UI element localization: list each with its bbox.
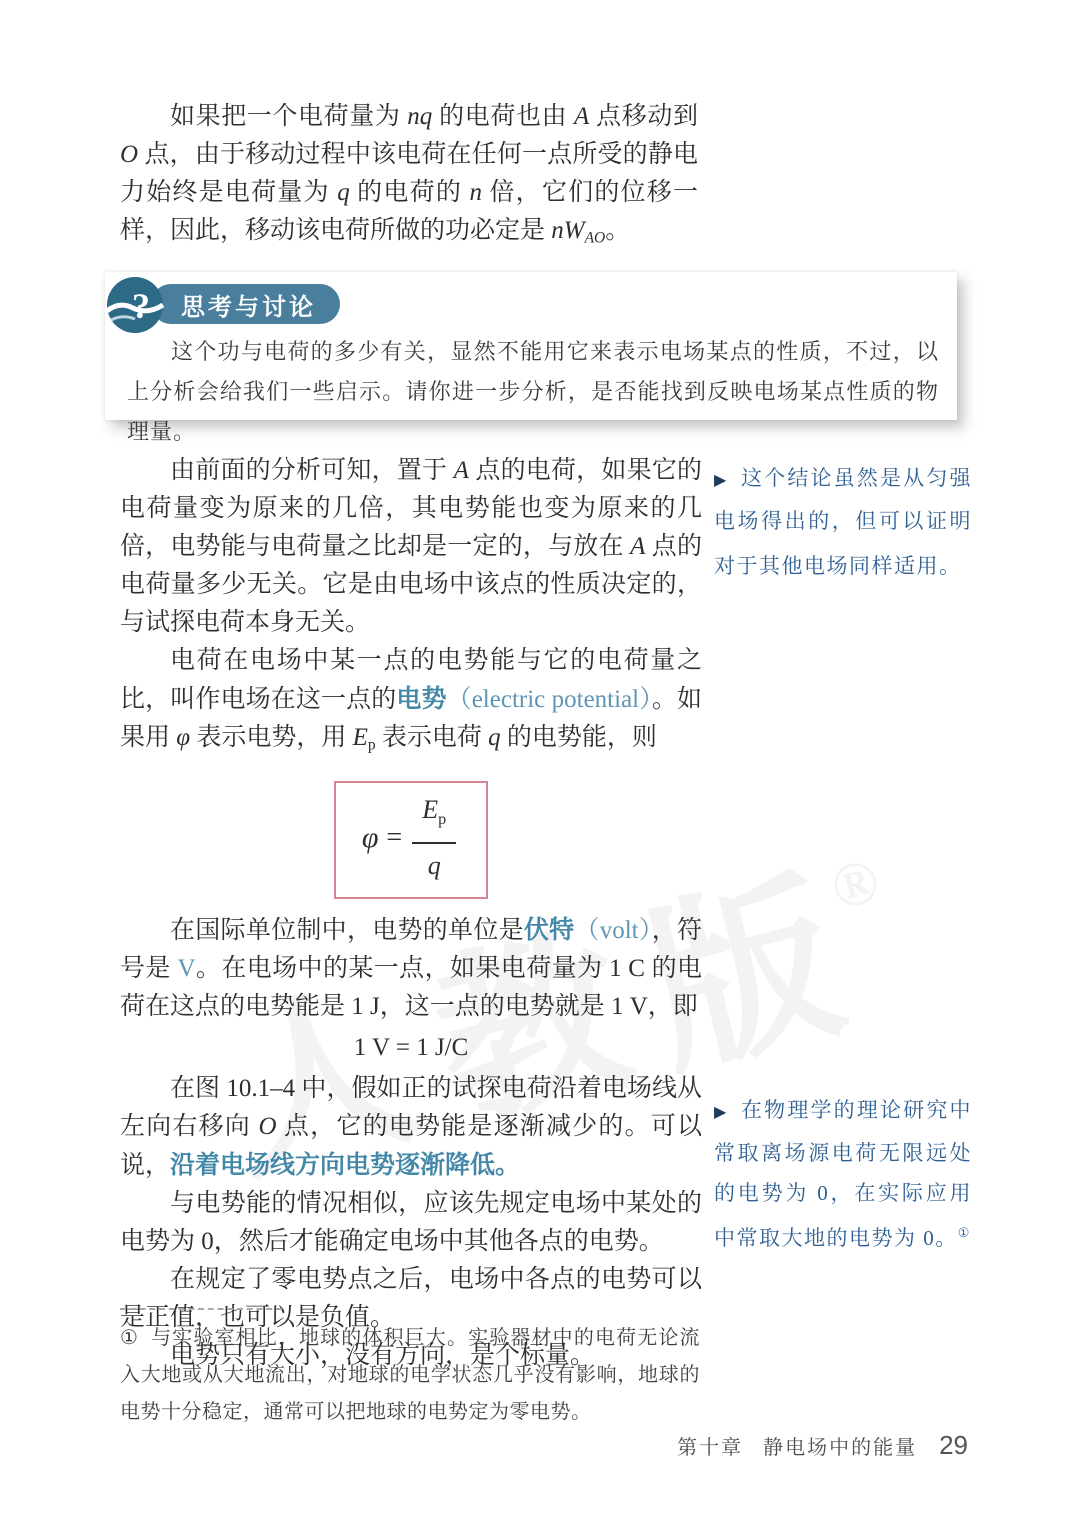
svg-text:?: ?: [132, 286, 150, 326]
footer-chapter: 第十章: [677, 1431, 743, 1460]
equation-volt-definition: 1 V = 1 J/C: [120, 1028, 702, 1068]
question-globe-icon: ?: [105, 275, 165, 335]
paragraph-potential-definition: 电荷在电场中某一点的电势能与它的电荷量之比，叫作电场在这一点的电势（electr…: [120, 642, 702, 765]
page-footer: 第十章 静电场中的能量 29: [677, 1430, 968, 1461]
discussion-box: 思考与讨论 ? 这个功与电荷的多少有关，显然不能用它来表示电场某点的性质，不过，…: [105, 272, 957, 420]
margin-note-text: 在物理学的理论研究中常取离场源电荷无限远处的电势为 0，在实际应用中常取大地的电…: [714, 1098, 972, 1250]
footnote: ①与实验室相比，地球的体积巨大。实验器材中的电荷无论流入大地或从大地流出，对地球…: [120, 1320, 700, 1431]
footnote-text: 与实验室相比，地球的体积巨大。实验器材中的电荷无论流入大地或从大地流出，对地球的…: [120, 1327, 700, 1423]
footnote-divider: [120, 1308, 282, 1310]
formula-denominator: q: [428, 844, 441, 885]
formula-numerator: Ep: [412, 791, 456, 844]
main-column: 由前面的分析可知，置于 A 点的电荷，如果它的电荷量变为原来的几倍，其电势能也变…: [120, 452, 702, 1375]
margin-note-uniform-field: ▶这个结论虽然是从匀强电场得出的，但可以证明对于其他电场同样适用。: [714, 458, 972, 586]
triangle-marker-icon: ▶: [714, 1104, 727, 1121]
paragraph-zero-potential: 与电势能的情况相似，应该先规定电场中某处的电势为 0，然后才能确定电场中其他各点…: [120, 1185, 702, 1261]
discussion-title: 思考与讨论: [151, 284, 340, 324]
formula-electric-potential: φ = Ep q: [334, 781, 488, 899]
formula-fraction: Ep q: [412, 791, 456, 885]
footer-section-title: 静电场中的能量: [763, 1431, 917, 1460]
formula-phi: φ: [362, 819, 379, 857]
triangle-marker-icon: ▶: [714, 472, 727, 489]
intro-paragraph: 如果把一个电荷量为 nq 的电荷也由 A 点移动到 O 点，由于移动过程中该电荷…: [120, 98, 698, 258]
formula-row: φ = Ep q: [120, 781, 702, 899]
paragraph-field-line: 在图 10.1–4 中，假如正的试探电荷沿着电场线从左向右移向 O 点，它的电势…: [120, 1070, 702, 1185]
discussion-body: 这个功与电荷的多少有关，显然不能用它来表示电场某点的性质，不过，以上分析会给我们…: [127, 332, 939, 452]
margin-note-footnote-ref: ①: [958, 1225, 971, 1240]
margin-note-text: 这个结论虽然是从匀强电场得出的，但可以证明对于其他电场同样适用。: [714, 466, 972, 578]
paragraph-volt: 在国际单位制中，电势的单位是伏特（volt），符号是 V。在电场中的某一点，如果…: [120, 911, 702, 1026]
footnote-marker: ①: [120, 1327, 139, 1349]
registered-trademark-icon: ®: [824, 846, 885, 923]
formula-equals: =: [386, 819, 402, 857]
textbook-page: 人教版® 如果把一个电荷量为 nq 的电荷也由 A 点移动到 O 点，由于移动过…: [0, 0, 1080, 1527]
paragraph-analysis: 由前面的分析可知，置于 A 点的电荷，如果它的电荷量变为原来的几倍，其电势能也变…: [120, 452, 702, 642]
footer-page-number: 29: [939, 1430, 968, 1461]
margin-note-zero-reference: ▶在物理学的理论研究中常取离场源电荷无限远处的电势为 0，在实际应用中常取大地的…: [714, 1090, 972, 1258]
